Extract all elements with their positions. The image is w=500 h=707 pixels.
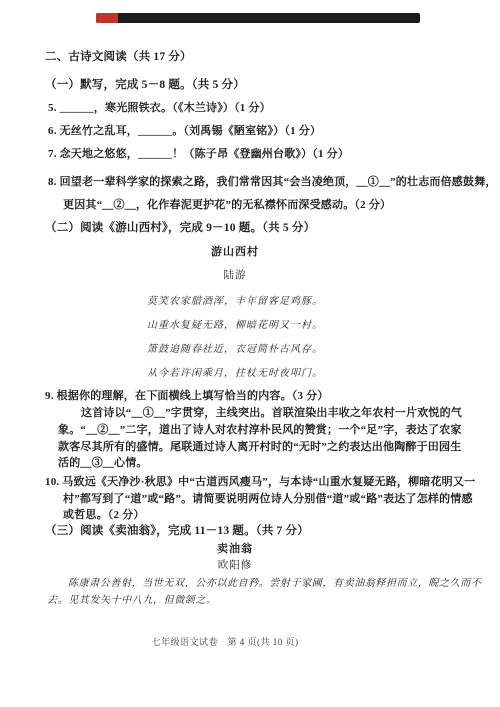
- section-title: 二、古诗文阅读（共 17 分）: [45, 50, 192, 64]
- prose-author: 欧阳修: [0, 559, 470, 573]
- scan-artifact-bar: [96, 13, 420, 23]
- part1-dictation-title: （一）默写，完成 5－8 题。（共 5 分）: [45, 78, 245, 92]
- poem-title: 游山西村: [0, 245, 470, 259]
- exam-page: 二、古诗文阅读（共 17 分） （一）默写，完成 5－8 题。（共 5 分） 5…: [0, 0, 500, 707]
- question-7: 7. 念天地之悠悠，______！（陈子昂《登幽州台歌》）（1 分）: [48, 147, 349, 161]
- question-10-line-1: 10. 马致远《天净沙·秋思》中“古道西风瘦马”，与本诗“山重水复疑无路，柳暗花…: [45, 475, 475, 489]
- part2-poem-reading-title: （二）阅读《游山西村》，完成 9－10 题。（共 5 分）: [45, 221, 315, 235]
- question-10-line-2: 村”都写到了“道”或“路”。请简要说明两位诗人分别借“道”或“路”表达了怎样的情…: [63, 492, 473, 506]
- prose-line-2: 去。见其发矢十中八九，但微颔之。: [47, 594, 217, 608]
- question-10-line-3: 或哲思。（2 分）: [63, 508, 145, 522]
- poem-line-2: 山重水复疑无路，柳暗花明又一村。: [0, 319, 470, 333]
- question-9-intro: 9. 根据你的理解，在下面横线上填写恰当的内容。（3 分）: [45, 389, 329, 403]
- page-footer: 七年级语文试卷 第 4 页(共 10 页): [0, 635, 450, 649]
- prose-title: 卖油翁: [0, 542, 470, 556]
- question-6: 6. 无丝竹之乱耳，______。（刘禹锡《陋室铭》）（1 分）: [48, 124, 321, 138]
- question-9-line-1: 这首诗以“＿①＿”字贯穿，主线突出。首联渲染出丰收之年农村一片欢悦的气: [81, 406, 462, 420]
- question-8-line-2: 更因其“＿②＿，化作春泥更护花”的无私襟怀而深受感动。（2 分）: [63, 198, 391, 212]
- question-9-line-2: 象。“＿②＿”二字，道出了诗人对农村淳朴民风的赞赏；一个“足”字，表达了农家: [58, 423, 462, 437]
- part3-prose-reading-title: （三）阅读《卖油翁》，完成 11－13 题。（共 7 分）: [45, 524, 309, 538]
- prose-line-1: 陈康肃公善射，当世无双，公亦以此自矜。尝射于家圃，有卖油翁释担而立，睨之久而不: [68, 577, 481, 591]
- question-9-line-3: 款客尽其所有的盛情。尾联通过诗人离开村时的“无时”之约表达出他陶醉于田园生: [58, 440, 461, 454]
- poem-line-1: 莫笑农家腊酒浑，丰年留客足鸡豚。: [0, 295, 470, 309]
- poem-line-3: 箫鼓追随春社近，衣冠简朴古风存。: [0, 343, 470, 357]
- poem-author: 陆游: [0, 269, 470, 283]
- question-8-line-1: 8. 回望老一辈科学家的探索之路，我们常常因其“会当凌绝顶，＿①＿”的壮志而倍感…: [48, 175, 497, 189]
- scan-artifact-red-tab: [96, 13, 118, 23]
- question-5: 5. ______，寒光照铁衣。（《木兰诗》）（1 分）: [48, 101, 271, 115]
- poem-line-4: 从今若许闲乘月，拄杖无时夜叩门。: [0, 367, 470, 381]
- question-9-line-4: 活的＿③＿心情。: [58, 456, 148, 470]
